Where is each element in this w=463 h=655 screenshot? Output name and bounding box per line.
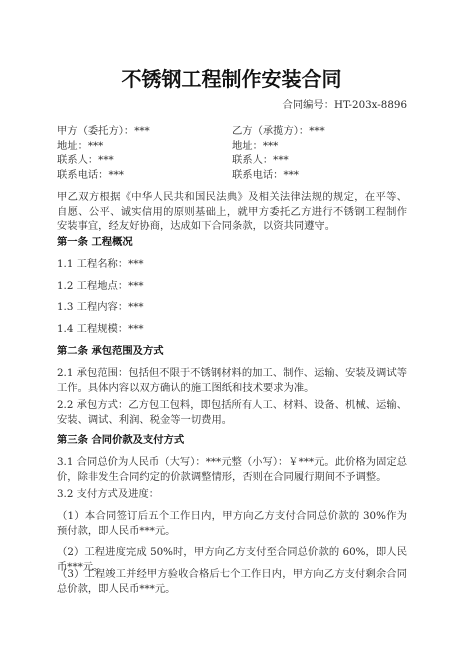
clause-2-2: 2.2 承包方式：乙方包工包料，即包括所有人工、材料、设备、机械、运输、安装、调… (57, 398, 407, 427)
party-row: 地址：*** 地址：*** (57, 139, 407, 154)
party-b-address: 地址：*** (232, 139, 407, 154)
section-heading-3: 第三条 合同价款及支付方式 (57, 433, 184, 447)
parties-block: 甲方（委托方）：*** 乙方（承揽方）：*** 地址：*** 地址：*** 联系… (57, 124, 407, 182)
intro-paragraph: 甲乙双方根据《中华人民共和国民法典》及相关法律法规的规定，在平等、自愿、公平、诚… (57, 190, 407, 234)
party-a-phone: 联系电话：*** (57, 168, 232, 183)
party-row: 联系人：*** 联系人：*** (57, 153, 407, 168)
clause-1-4: 1.4 工程规模：*** (57, 322, 407, 337)
party-b-phone: 联系电话：*** (232, 168, 407, 183)
clause-3-2: 3.2 支付方式及进度： (57, 487, 407, 502)
party-a-address: 地址：*** (57, 139, 232, 154)
clause-3-1: 3.1 合同总价为人民币（大写）：***元整（小写）：￥***元。此价格为固定总… (57, 455, 407, 484)
party-b-contact: 联系人：*** (232, 153, 407, 168)
document-title: 不锈钢工程制作安装合同 (0, 66, 463, 92)
payment-item-3: （3）工程竣工并经甲方验收合格后七个工作日内，甲方向乙方支付剩余合同总价款，即人… (57, 567, 407, 596)
contract-number: 合同编号：HT-203x-8896 (283, 98, 407, 112)
party-row: 联系电话：*** 联系电话：*** (57, 168, 407, 183)
party-a-contact: 联系人：*** (57, 153, 232, 168)
clause-2-1: 2.1 承包范围：包括但不限于不锈钢材料的加工、制作、运输、安装及调试等工作。具… (57, 366, 407, 395)
document-page: 不锈钢工程制作安装合同 合同编号：HT-203x-8896 甲方（委托方）：**… (0, 0, 463, 655)
section-heading-2: 第二条 承包范围及方式 (57, 344, 164, 358)
party-row: 甲方（委托方）：*** 乙方（承揽方）：*** (57, 124, 407, 139)
clause-1-1: 1.1 工程名称：*** (57, 257, 407, 272)
payment-item-1: （1）本合同签订后五个工作日内，甲方向乙方支付合同总价款的 30%作为预付款，即… (57, 509, 407, 538)
party-a-name: 甲方（委托方）：*** (57, 124, 232, 139)
party-b-name: 乙方（承揽方）：*** (232, 124, 407, 139)
section-heading-1: 第一条 工程概况 (57, 235, 133, 249)
clause-1-3: 1.3 工程内容：*** (57, 300, 407, 315)
clause-1-2: 1.2 工程地点：*** (57, 279, 407, 294)
